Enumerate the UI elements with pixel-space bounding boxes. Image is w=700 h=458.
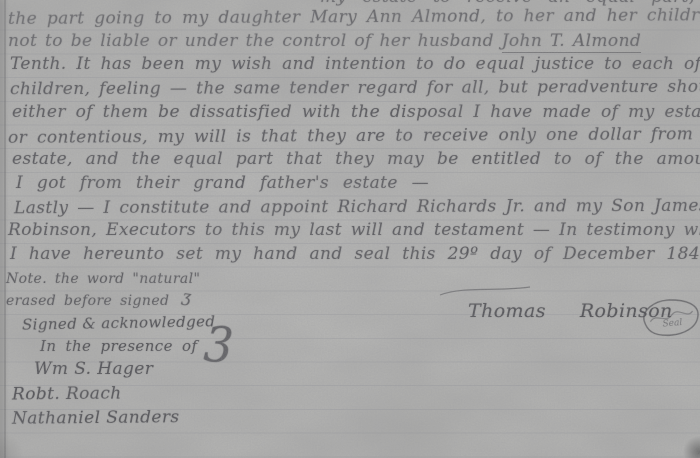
underlined-name: John T. Almond — [502, 31, 642, 53]
body-line-3: Tenth. It has been my wish and intention… — [10, 56, 700, 73]
attestation-brace: 3 — [202, 320, 235, 370]
note-bracket-mark: ʒ — [181, 288, 193, 305]
seal-scribble: Seal — [636, 291, 700, 342]
note-erased-before-signed: erased before signed — [6, 294, 169, 308]
witness-signature-3: Nathaniel Sanders — [12, 409, 180, 427]
note-word-natural: Note. the word "natural" — [6, 272, 200, 286]
witness-signature-2: Robt. Roach — [12, 386, 122, 404]
witness-signature-1: Wm S. Hager — [34, 361, 153, 378]
body-line-1: the part going to my daughter Mary Ann A… — [8, 7, 700, 28]
body-line-2: not to be liable or under the control of… — [8, 33, 641, 50]
body-line-9: Lastly — I constitute and appoint Richar… — [14, 198, 700, 218]
body-line-6: or contentious, my will is that they are… — [8, 126, 700, 147]
seal-label: Seal — [662, 318, 683, 330]
attestation-presence-line: In the presence of — [40, 339, 197, 354]
left-fold-line — [4, 0, 6, 458]
body-line-4: children, feeling — the same tender rega… — [10, 79, 700, 99]
signature-flourish — [438, 283, 534, 299]
attestation-signed-line: Signed & acknowledged — [22, 314, 216, 332]
body-line-11: I have hereunto set my hand and seal thi… — [10, 246, 700, 263]
body-line-5: either of them be dissatisfied with the … — [12, 104, 700, 121]
body-line-7: estate, and the equal part that they may… — [12, 151, 700, 168]
body-line-8: I got from their grand father's estate — — [16, 175, 429, 192]
manuscript-page: my estate to receive an equal part, the … — [0, 0, 700, 458]
body-line-2-text: not to be liable or under the control of… — [8, 31, 502, 51]
body-line-10: Robinson, Executors to this my last will… — [8, 222, 700, 239]
signature-first-name: Thomas — [468, 300, 546, 322]
